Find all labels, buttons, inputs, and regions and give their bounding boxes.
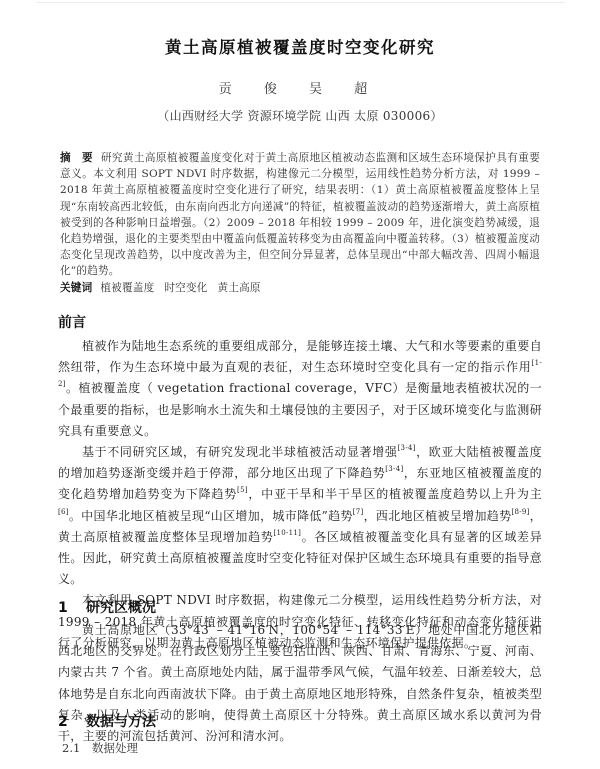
citation: [10-11] — [273, 529, 301, 537]
paper-affiliation: （山西财经大学 资源环境学院 山西 太原 030006） — [0, 107, 600, 124]
section-heading-2: 2数据与方法 — [58, 711, 156, 731]
citation: [3-4] — [385, 465, 403, 473]
keyword: 黄土高原 — [218, 282, 261, 294]
subsection-heading-2-1: 2.1数据处理 — [62, 740, 138, 756]
keywords-line: 关键词植被覆盖度时空变化黄土高原 — [60, 280, 540, 296]
subsection-number: 2.1 — [62, 741, 92, 755]
abstract-block: 摘 要研究黄土高原植被覆盖度变化对于黄土高原地区植被动态监测和区域生态环境保护具… — [60, 150, 540, 296]
keyword: 时空变化 — [164, 282, 207, 294]
text-run: 。中国华北地区植被呈现“山区增加，城市降低”趋势 — [69, 509, 353, 523]
section-number: 1 — [58, 600, 86, 616]
citation: [6] — [58, 508, 69, 516]
abstract-text: 研究黄土高原植被覆盖度变化对于黄土高原地区植被动态监测和区域生态环境保护具有重要… — [60, 152, 540, 277]
text-run: 基于不同研究区域，有研究发现北半球植被活动显著增强 — [82, 445, 398, 459]
text-run: ，中亚干旱和半干旱区的植被覆盖度趋势以上升为主 — [248, 487, 542, 501]
keywords-label: 关键词 — [60, 282, 92, 294]
section-heading-text: 研究区概况 — [86, 600, 156, 616]
text-run: ，西北地区植被呈增加趋势 — [364, 509, 512, 523]
paper-authors: 贡 俊 吴 超 — [0, 78, 600, 97]
section-heading-1: 1研究区概况 — [58, 597, 156, 617]
text-run: 植被作为陆地生态系统的重要组成部分，是能够连接土壤、大气和水等要素的重要自然纽带… — [58, 339, 542, 374]
paper-title: 黄土高原植被覆盖度时空变化研究 — [0, 34, 600, 58]
citation: [5] — [237, 486, 248, 494]
section-number: 2 — [58, 714, 86, 730]
abstract-label: 摘 要 — [60, 152, 93, 164]
section-heading-text: 前言 — [58, 315, 86, 331]
citation: [8-9] — [511, 508, 529, 516]
keyword: 植被覆盖度 — [100, 282, 154, 294]
citation: [7] — [353, 508, 364, 516]
text-run: 。植被覆盖度（ vegetation fractional coverage，V… — [58, 381, 542, 437]
section-heading-text: 数据与方法 — [86, 714, 156, 730]
body-paragraph: 基于不同研究区域，有研究发现北半球植被活动显著增强[3-4]，欧亚大陆植被覆盖度… — [58, 442, 542, 590]
section-heading-intro: 前言 — [58, 312, 86, 332]
citation: [3-4] — [398, 444, 416, 452]
abstract-paragraph: 摘 要研究黄土高原植被覆盖度变化对于黄土高原地区植被动态监测和区域生态环境保护具… — [60, 150, 540, 280]
subsection-heading-text: 数据处理 — [92, 741, 138, 755]
body-paragraph: 植被作为陆地生态系统的重要组成部分，是能够连接土壤、大气和水等要素的重要自然纽带… — [58, 336, 542, 442]
page-top-edge — [36, 2, 565, 3]
